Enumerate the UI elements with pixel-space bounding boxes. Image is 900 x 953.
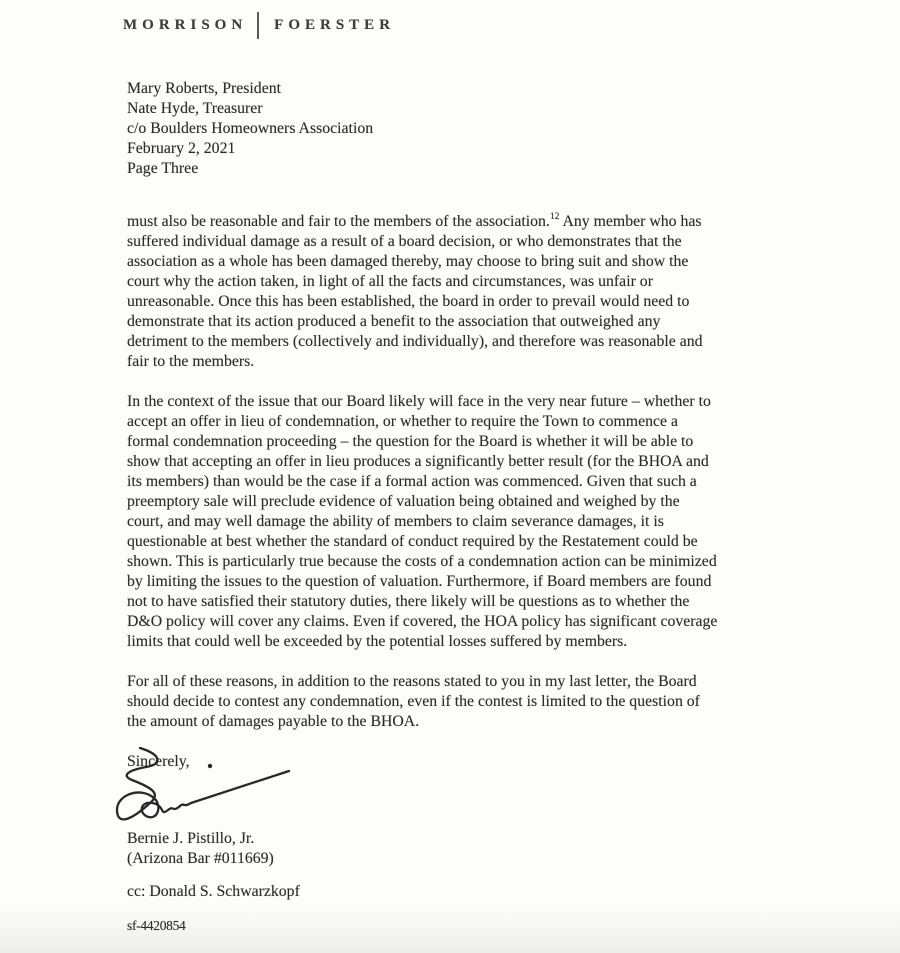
paragraph-1-line-1-cont: Any member who has [559, 213, 701, 230]
letterhead-foerster: FOERSTER [274, 17, 395, 34]
paragraph-1-line-1: must also be reasonable and fair to the … [127, 213, 550, 230]
letterhead-divider-bar [257, 12, 259, 39]
body-paragraph-1: must also be reasonable and fair to the … [127, 212, 703, 372]
document-number: sf-4420854 [127, 916, 186, 936]
cc-line: cc: Donald S. Schwarzkopf [127, 882, 300, 902]
paragraph-1-lines: suffered individual damage as a result o… [127, 232, 703, 372]
letterhead: MORRISON FOERSTER [123, 12, 395, 39]
recipient-block: Mary Roberts, President Nate Hyde, Treas… [127, 79, 373, 179]
letterhead-morrison: MORRISON [123, 17, 247, 34]
signer-bar-number: (Arizona Bar #011669) [127, 849, 274, 869]
handwritten-signature [110, 744, 310, 839]
body-paragraph-2: In the context of the issue that our Boa… [127, 392, 717, 652]
signer-name: Bernie J. Pistillo, Jr. [127, 829, 254, 849]
body-paragraph-3: For all of these reasons, in addition to… [127, 672, 700, 732]
footnote-ref-12: 12 [550, 212, 560, 222]
letter-page: MORRISON FOERSTER Mary Roberts, Presiden… [0, 0, 900, 953]
